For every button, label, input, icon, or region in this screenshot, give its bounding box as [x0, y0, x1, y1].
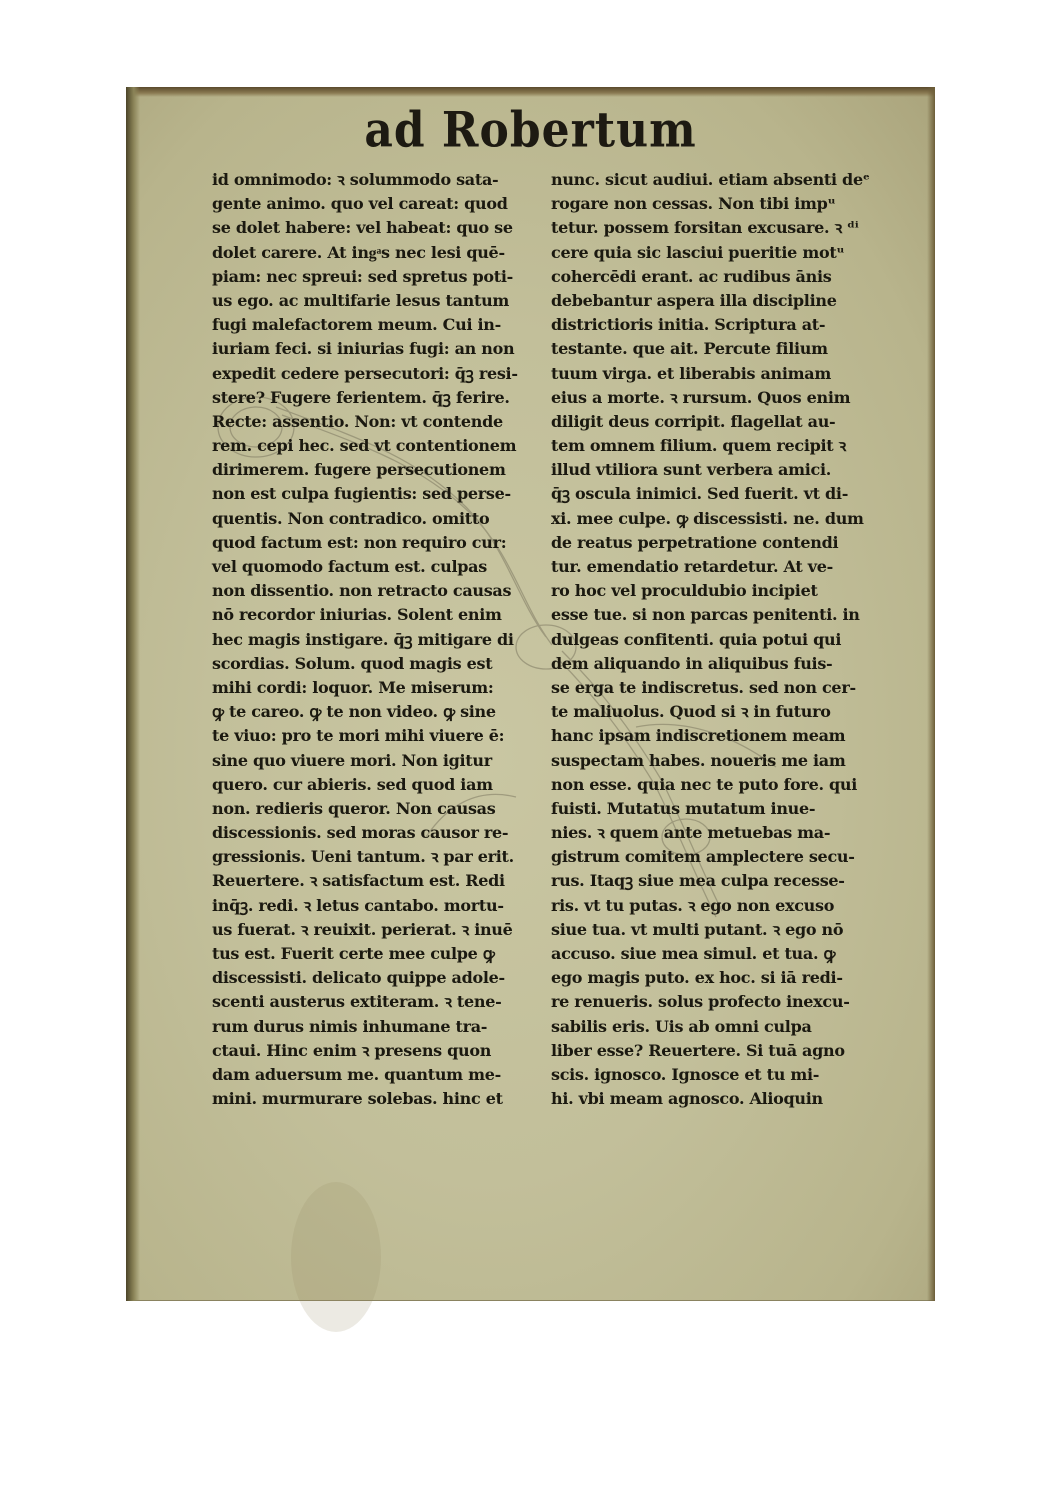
text-line: nies. ꝛ quem ante metuebas ma-	[551, 821, 881, 845]
text-line: piam: nec spreui: sed spretus poti-	[212, 265, 542, 289]
text-line: rogare non cessas. Non tibi impᵘ	[551, 192, 881, 216]
text-line: liber esse? Reuertere. Si tuā agno	[551, 1039, 881, 1063]
text-line: quero. cur abieris. sed quod iam	[212, 773, 542, 797]
text-line: non esse. quia nec te puto fore. qui	[551, 773, 881, 797]
text-line: eius a morte. ꝛ rursum. Quos enim	[551, 386, 881, 410]
text-line: nō recordor iniurias. Solent enim	[212, 603, 542, 627]
text-line: inq̄ꝫ. redi. ꝛ letus cantabo. mortu-	[212, 894, 542, 918]
text-line: quod factum est: non requiro cur:	[212, 531, 542, 555]
text-line: tur. emendatio retardetur. At ve-	[551, 555, 881, 579]
text-line: xi. mee culpe. ꝙ discessisti. ne. dum	[551, 507, 881, 531]
text-line: gressionis. Ueni tantum. ꝛ par erit.	[212, 845, 542, 869]
text-line: Recte: assentio. Non: vt contende	[212, 410, 542, 434]
text-line: sabilis eris. Uis ab omni culpa	[551, 1015, 881, 1039]
text-line: tetur. possem forsitan excusare. ꝛ ᵈⁱ	[551, 216, 881, 240]
text-line: non dissentio. non retracto causas	[212, 579, 542, 603]
text-column-right: nunc. sicut audiui. etiam absenti deᵉ ro…	[551, 168, 881, 1111]
text-line: fugi malefactorem meum. Cui in-	[212, 313, 542, 337]
text-line: vel quomodo factum est. culpas	[212, 555, 542, 579]
text-line: diligit deus corripit. flagellat au-	[551, 410, 881, 434]
text-column-left: id omnimodo: ꝛ solummodo sata- gente ani…	[212, 168, 542, 1111]
text-line: dirimerem. fugere persecutionem	[212, 458, 542, 482]
text-line: scis. ignosco. Ignosce et tu mi-	[551, 1063, 881, 1087]
text-line: ris. vt tu putas. ꝛ ego non excuso	[551, 894, 881, 918]
text-line: hi. vbi meam agnosco. Alioquin	[551, 1087, 881, 1111]
text-line: de reatus perpetratione contendi	[551, 531, 881, 555]
text-line: rum durus nimis inhumane tra-	[212, 1015, 542, 1039]
text-line: nunc. sicut audiui. etiam absenti deᵉ	[551, 168, 881, 192]
text-line: te viuo: pro te mori mihi viuere ē:	[212, 724, 542, 748]
text-line: fuisti. Mutatus mutatum inue-	[551, 797, 881, 821]
text-line: non est culpa fugientis: sed perse-	[212, 482, 542, 506]
text-line: Reuertere. ꝛ satisfactum est. Redi	[212, 869, 542, 893]
text-line: ꝙ te careo. ꝙ te non video. ꝙ sine	[212, 700, 542, 724]
text-line: scenti austerus extiteram. ꝛ tene-	[212, 990, 542, 1014]
text-line: gistrum comitem amplectere secu-	[551, 845, 881, 869]
text-line: q̄ꝫ oscula inimici. Sed fuerit. vt di-	[551, 482, 881, 506]
text-line: non. redieris queror. Non causas	[212, 797, 542, 821]
text-line: us ego. ac multifarie lesus tantum	[212, 289, 542, 313]
text-line: suspectam habes. noueris me iam	[551, 749, 881, 773]
text-line: dem aliquando in aliquibus fuis-	[551, 652, 881, 676]
page-left-edge	[126, 87, 140, 1301]
text-line: discessionis. sed moras causor re-	[212, 821, 542, 845]
text-line: quentis. Non contradico. omitto	[212, 507, 542, 531]
text-line: sine quo viuere mori. Non igitur	[212, 749, 542, 773]
text-line: districtioris initia. Scriptura at-	[551, 313, 881, 337]
text-line: illud vtiliora sunt verbera amici.	[551, 458, 881, 482]
text-line: siue tua. vt multi putant. ꝛ ego nō	[551, 918, 881, 942]
text-line: cere quia sic lasciui pueritie motᵘ	[551, 241, 881, 265]
text-line: testante. que ait. Percute filium	[551, 337, 881, 361]
text-line: te maliuolus. Quod si ꝛ in futuro	[551, 700, 881, 724]
text-line: ego magis puto. ex hoc. si iā redi-	[551, 966, 881, 990]
text-line: iuriam feci. si iniurias fugi: an non	[212, 337, 542, 361]
paper-stain	[291, 1182, 381, 1332]
text-line: dolet carere. At ingͣs nec lesi quē-	[212, 241, 542, 265]
text-line: ctaui. Hinc enim ꝛ presens quon	[212, 1039, 542, 1063]
text-line: re renueris. solus profecto inexcu-	[551, 990, 881, 1014]
text-line: debebantur aspera illa discipline	[551, 289, 881, 313]
text-line: stere? Fugere ferientem. q̄ꝫ ferire.	[212, 386, 542, 410]
text-line: gente animo. quo vel careat: quod	[212, 192, 542, 216]
text-line: tus est. Fuerit certe mee culpe ꝙ	[212, 942, 542, 966]
scanned-page: - ad Robertum id omnimodo: ꝛ solummodo s…	[126, 87, 935, 1301]
text-line: tuum virga. et liberabis animam	[551, 362, 881, 386]
text-line: discessisti. delicato quippe adole-	[212, 966, 542, 990]
text-line: us fuerat. ꝛ reuixit. perierat. ꝛ inuē	[212, 918, 542, 942]
text-line: accuso. siue mea simul. et tua. ꝙ	[551, 942, 881, 966]
text-line: tem omnem filium. quem recipit ꝛ	[551, 434, 881, 458]
text-line: se erga te indiscretus. sed non cer-	[551, 676, 881, 700]
text-line: mini. murmurare solebas. hinc et	[212, 1087, 542, 1111]
text-line: id omnimodo: ꝛ solummodo sata-	[212, 168, 542, 192]
text-line: hec magis instigare. q̄ꝫ mitigare di	[212, 628, 542, 652]
running-head: ad Robertum	[126, 102, 935, 158]
text-line: hanc ipsam indiscretionem meam	[551, 724, 881, 748]
text-line: rem. cepi hec. sed vt contentionem	[212, 434, 542, 458]
text-line: ro hoc vel proculdubio incipiet	[551, 579, 881, 603]
text-line: cohercēdi erant. ac rudibus ānis	[551, 265, 881, 289]
text-line: dulgeas confitenti. quia potui qui	[551, 628, 881, 652]
text-line: rus. Itaqꝫ siue mea culpa recesse-	[551, 869, 881, 893]
text-line: scordias. Solum. quod magis est	[212, 652, 542, 676]
text-line: dam aduersum me. quantum me-	[212, 1063, 542, 1087]
text-line: esse tue. si non parcas penitenti. in	[551, 603, 881, 627]
text-line: mihi cordi: loquor. Me miserum:	[212, 676, 542, 700]
text-line: expedit cedere persecutori: q̄ꝫ resi-	[212, 362, 542, 386]
text-line: se dolet habere: vel habeat: quo se	[212, 216, 542, 240]
